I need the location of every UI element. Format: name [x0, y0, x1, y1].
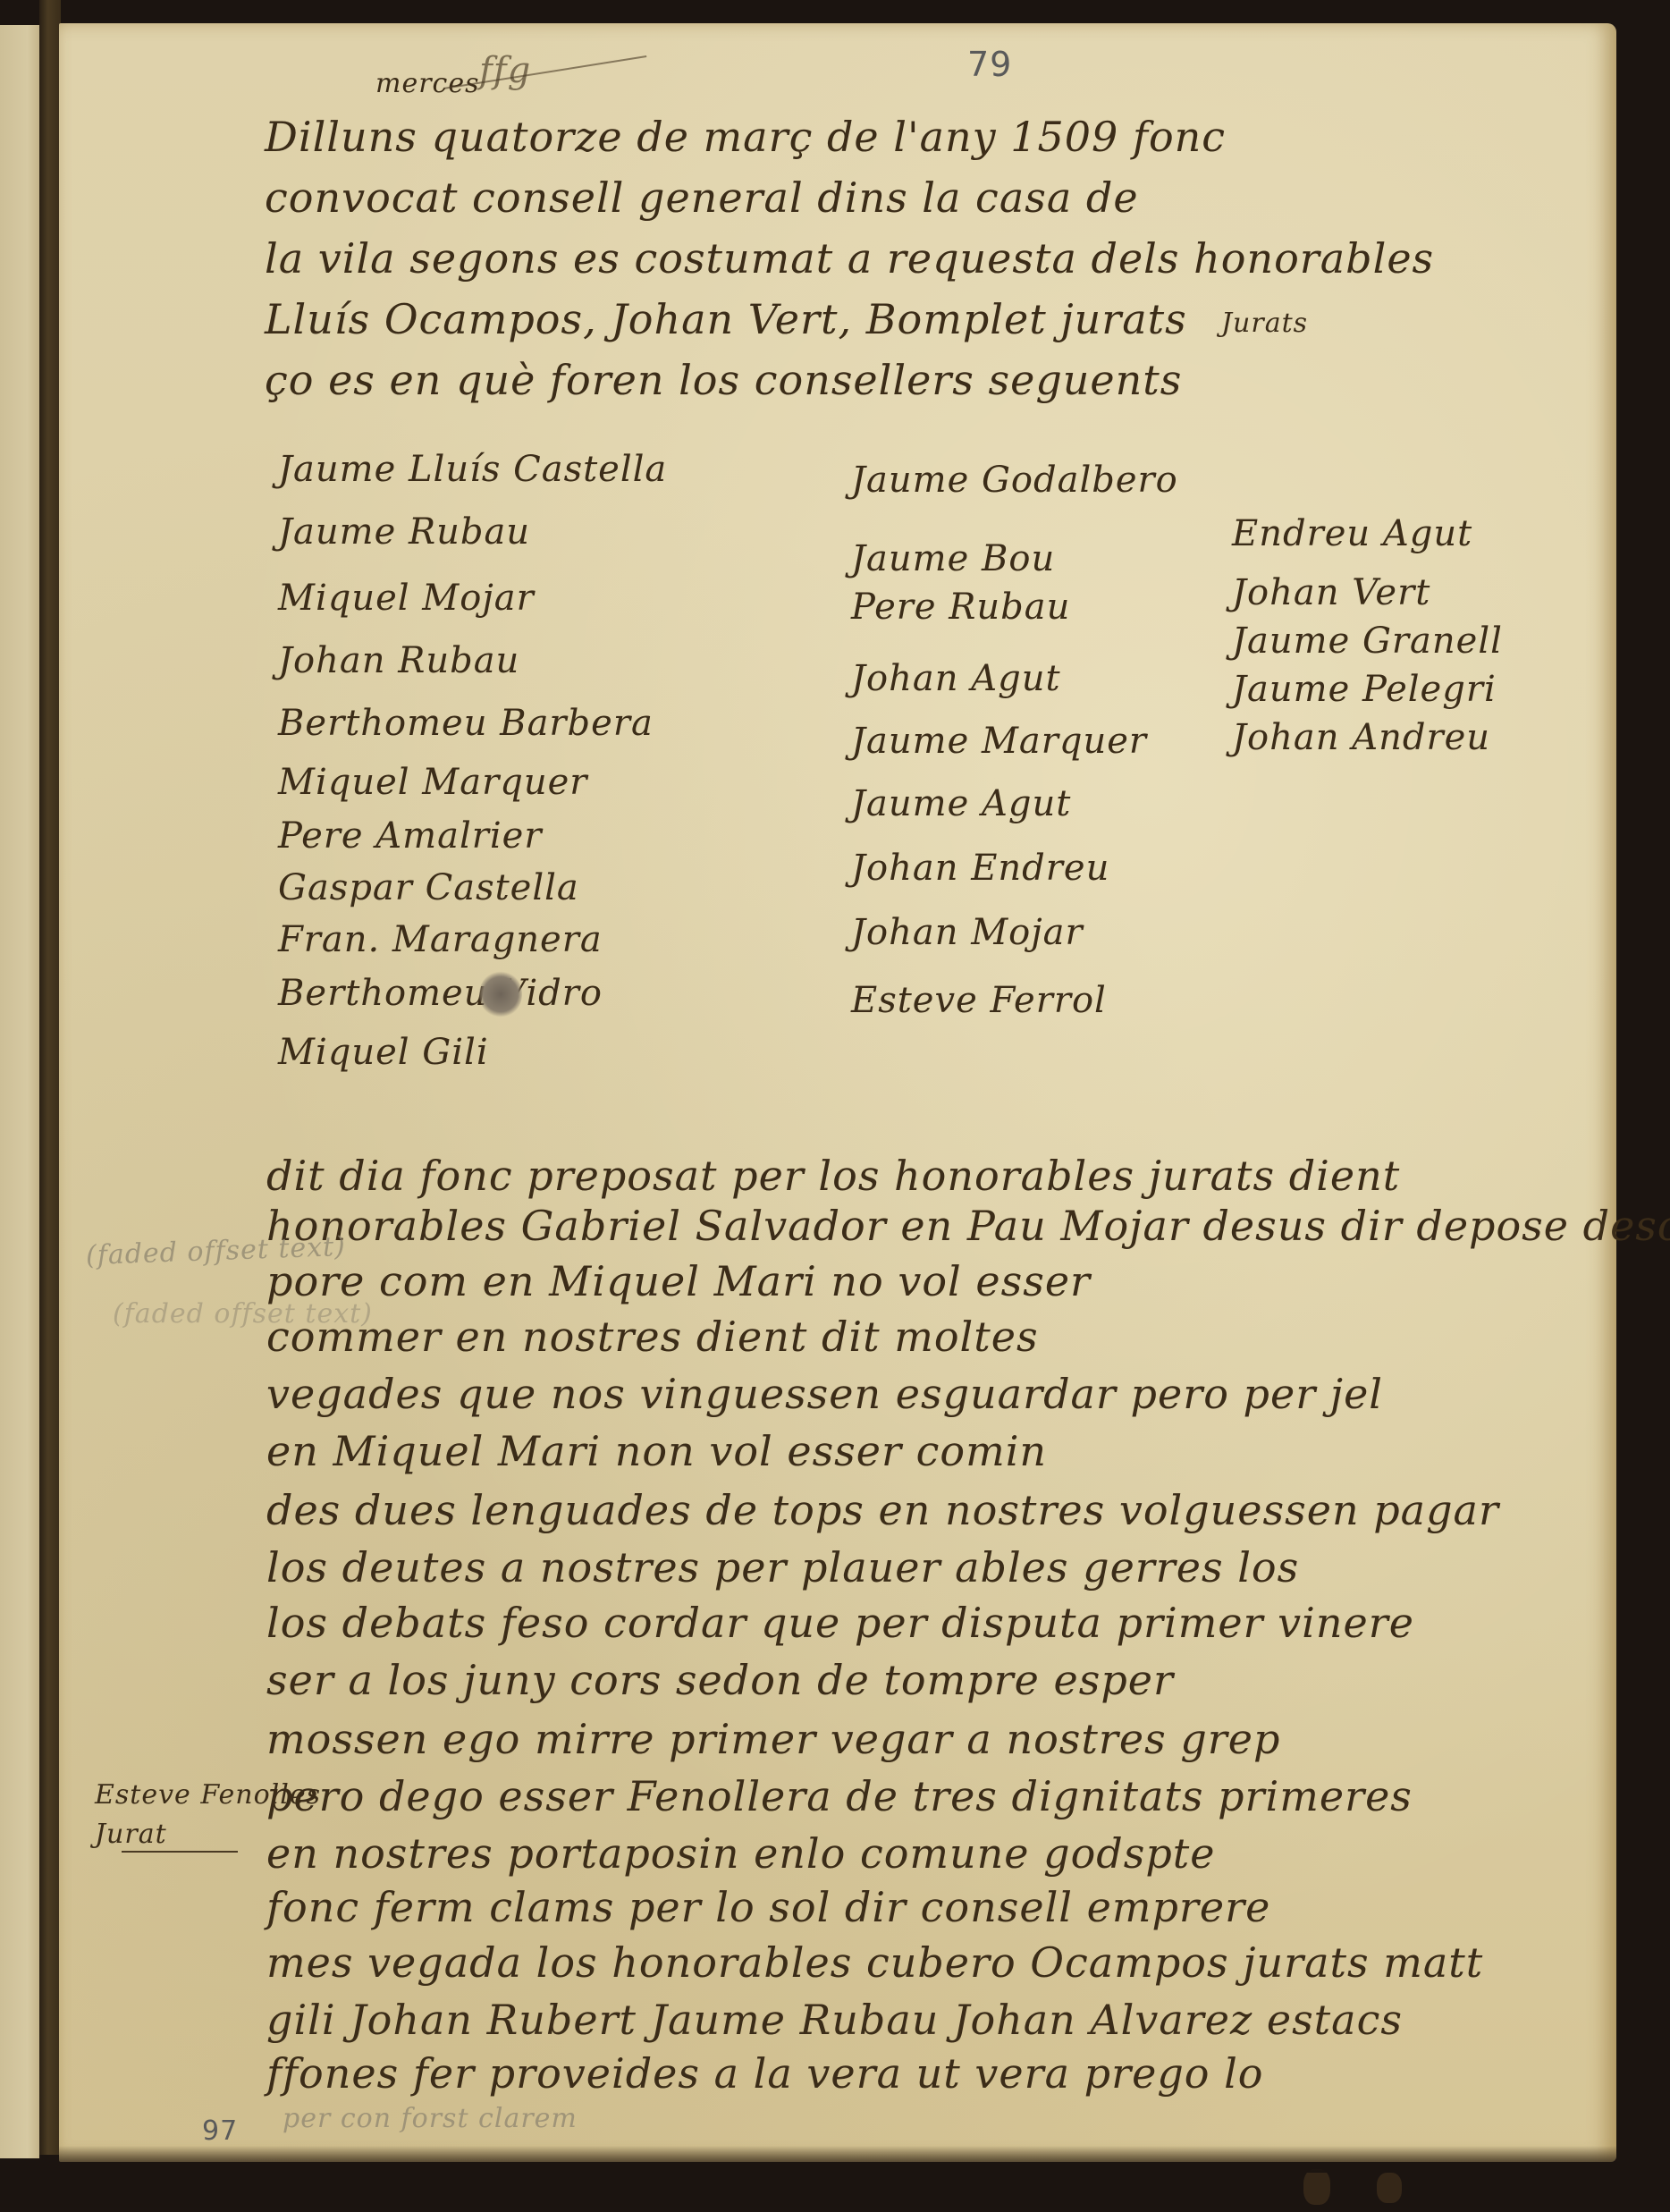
- name-entry: Johan Endreu: [851, 848, 1109, 889]
- name-entry: Jaume Pelegri: [1232, 669, 1497, 710]
- body-line: en Miquel Mari non vol esser comin: [266, 1427, 1047, 1475]
- name-entry: Pere Amalrier: [278, 815, 542, 857]
- body-line: mossen ego mirre primer vegar a nostres …: [266, 1715, 1280, 1763]
- opening-line: la vila segons es costumat a requesta de…: [265, 234, 1434, 283]
- body-line: dit dia fonc preposat per los honorables…: [266, 1152, 1400, 1200]
- name-entry: Berthomeu Barbera: [278, 703, 654, 744]
- body-line: los debats feso cordar que per disputa p…: [266, 1599, 1414, 1647]
- opening-line: ço es en què foren los consellers seguen…: [265, 356, 1182, 404]
- name-entry: Johan Mojar: [851, 912, 1084, 953]
- name-entry: Jaume Agut: [851, 783, 1071, 824]
- manuscript-page: 79 merces ffg Dilluns quatorze de març d…: [59, 23, 1616, 2162]
- name-entry: Miquel Mojar: [278, 578, 535, 619]
- body-line: des dues lenguades de tops en nostres vo…: [266, 1486, 1499, 1534]
- body-line: honorables Gabriel Salvador en Pau Mojar…: [266, 1202, 1670, 1250]
- name-entry: Fran. Maragnera: [278, 919, 603, 960]
- name-entry: Berthomeu Vidro: [278, 973, 603, 1014]
- margin-note: Esteve Fenolles: [95, 1779, 321, 1811]
- body-line: fonc ferm clams per lo sol dir consell e…: [266, 1883, 1270, 1931]
- margin-note: Jurat: [95, 1819, 167, 1850]
- ink-stain: [479, 971, 522, 1017]
- margin-note-underline: [122, 1851, 238, 1853]
- name-entry: Gaspar Castella: [278, 867, 579, 908]
- body-line: mes vegada los honorables cubero Ocampos…: [266, 1938, 1483, 1987]
- pencil-mark: 97: [202, 2115, 238, 2147]
- faint-bottom-line: per con forst clarem: [283, 2103, 578, 2134]
- opening-line: Lluís Ocampos, Johan Vert, Bomplet jurat…: [265, 295, 1187, 343]
- name-entry: Miquel Gili: [278, 1032, 489, 1073]
- name-entry: Johan Vert: [1232, 572, 1430, 613]
- name-entry: Esteve Ferrol: [851, 980, 1107, 1021]
- previous-page-edge: [0, 25, 39, 2158]
- name-entry: Jaume Granell: [1232, 621, 1503, 662]
- struck-mark: ffg: [479, 50, 531, 91]
- name-entry: Johan Agut: [851, 658, 1061, 699]
- name-entry: Johan Andreu: [1232, 717, 1490, 758]
- body-line: commer en nostres dient dit moltes: [266, 1313, 1039, 1361]
- margin-faded-note: (faded offset text): [113, 1298, 373, 1330]
- opening-line: convocat consell general dins la casa de: [265, 173, 1139, 222]
- scan-background: 79 merces ffg Dilluns quatorze de març d…: [0, 0, 1670, 2212]
- name-entry: Miquel Marquer: [278, 762, 587, 803]
- body-line: pore com en Miquel Mari no vol esser: [266, 1257, 1091, 1305]
- body-line: en nostres portaposin enlo comune godspt…: [266, 1829, 1215, 1878]
- name-entry: Johan Rubau: [278, 640, 519, 681]
- opening-line: Dilluns quatorze de març de l'any 1509 f…: [265, 113, 1226, 161]
- name-entry: Jaume Marquer: [851, 721, 1147, 762]
- name-entry: Endreu Agut: [1232, 513, 1472, 554]
- body-line: pero dego esser Fenollera de tres dignit…: [266, 1772, 1413, 1820]
- body-line: gili Johan Rubert Jaume Rubau Johan Alva…: [266, 1996, 1403, 2044]
- page-bottom-edge: [59, 2146, 1616, 2173]
- body-line: los deutes a nostres per plauer ables ge…: [266, 1543, 1299, 1591]
- body-line: ser a los juny cors sedon de tompre espe…: [266, 1656, 1174, 1704]
- body-line: vegades que nos vinguessen esguardar per…: [266, 1370, 1383, 1418]
- name-entry: Pere Rubau: [851, 587, 1070, 628]
- name-entry: Jaume Lluís Castella: [278, 449, 667, 490]
- damage-spot: [1377, 2173, 1402, 2203]
- damage-spot: [1303, 2169, 1330, 2205]
- binding-gutter: [39, 0, 61, 2155]
- name-entry: Jaume Godalbero: [851, 460, 1178, 501]
- folio-number: 79: [967, 45, 1012, 84]
- interlinear-note: Jurats: [1221, 308, 1308, 339]
- name-entry: Jaume Rubau: [278, 511, 530, 553]
- name-entry: Jaume Bou: [851, 538, 1055, 579]
- body-line: ffones fer proveides a la vera ut vera p…: [266, 2049, 1264, 2098]
